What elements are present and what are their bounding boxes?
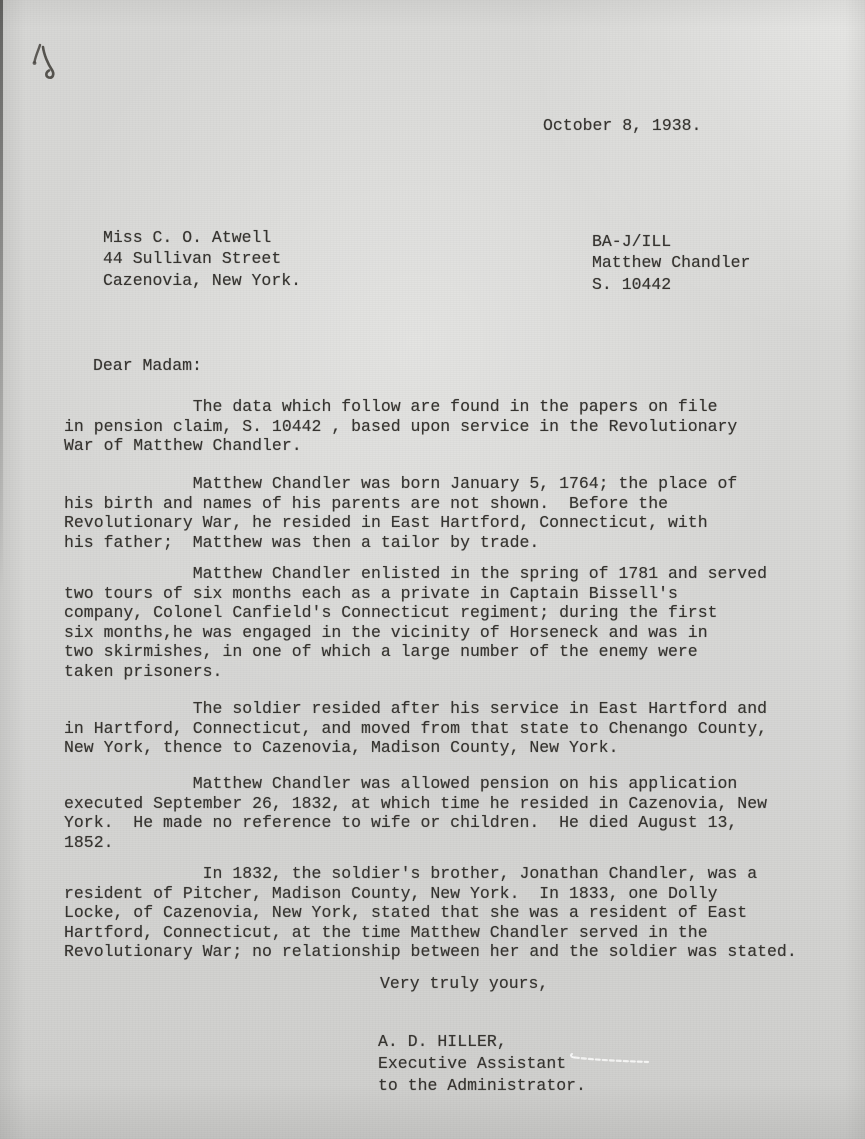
paragraph-2: Matthew Chandler was born January 5, 176…: [64, 474, 737, 552]
paragraph-4: The soldier resided after his service in…: [64, 699, 767, 758]
scanned-letter-page: October 8, 1938. Miss C. O. Atwell 44 Su…: [0, 0, 865, 1139]
correction-mark: [566, 1046, 656, 1068]
paragraph-6: In 1832, the soldier's brother, Jonathan…: [64, 864, 797, 962]
paragraph-3: Matthew Chandler enlisted in the spring …: [64, 564, 767, 681]
scan-left-edge-line: [0, 0, 3, 592]
paragraph-5: Matthew Chandler was allowed pension on …: [64, 774, 767, 852]
handwritten-mark: [24, 36, 68, 92]
paragraph-1: The data which follow are found in the p…: [64, 397, 737, 456]
letter-date: October 8, 1938.: [543, 116, 701, 136]
salutation: Dear Madam:: [93, 356, 202, 376]
recipient-address: Miss C. O. Atwell 44 Sullivan Street Caz…: [103, 227, 301, 291]
signature-block: A. D. HILLER, Executive Assistant to the…: [378, 1031, 586, 1096]
complimentary-closing: Very truly yours,: [380, 974, 548, 994]
file-reference-block: BA-J/ILL Matthew Chandler S. 10442: [592, 231, 750, 295]
